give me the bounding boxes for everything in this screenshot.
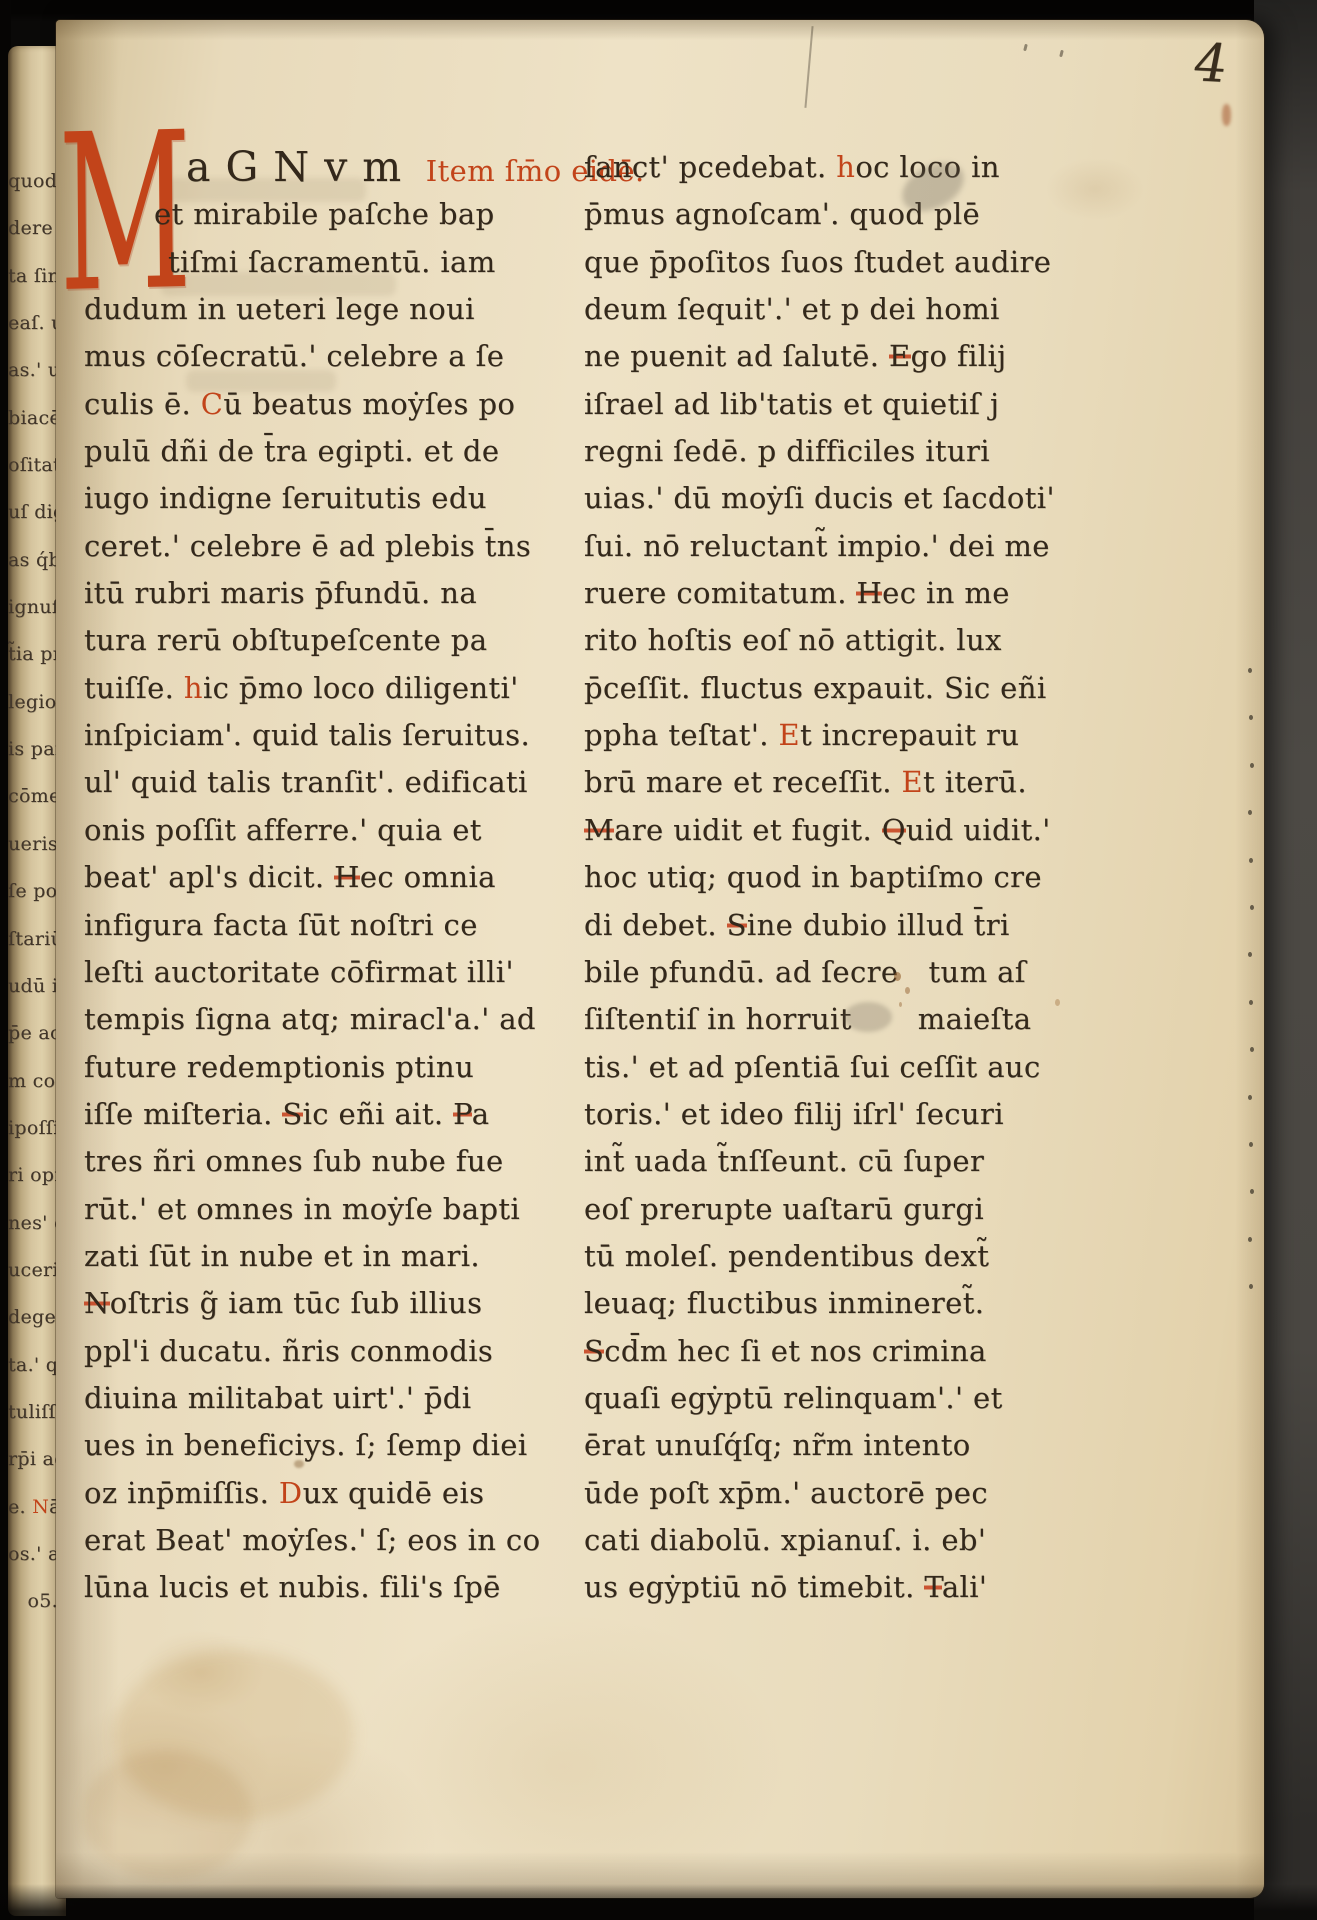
text-line: o5. bbox=[8, 1578, 58, 1625]
text-segment: ceret.' celebre ē ad plebis t̄ns bbox=[84, 529, 531, 563]
text-segment: go filij bbox=[911, 339, 1007, 373]
text-line: quaſi egẏptū relinquam'.' et bbox=[584, 1375, 1084, 1422]
text-line: ta.' quē ul bbox=[8, 1342, 58, 1389]
text-line: udū in n̄ bbox=[8, 963, 58, 1010]
text-segment: m contra bbox=[8, 1070, 58, 1092]
text-segment: S bbox=[282, 1097, 302, 1131]
text-segment: iſſe miſteria. bbox=[84, 1097, 282, 1131]
text-line: legio qui bbox=[8, 679, 58, 726]
text-segment: ri opmes bbox=[8, 1164, 58, 1186]
text-line: uſ dignita bbox=[8, 489, 58, 536]
right-text-column: ſanct' pcedebat. hoc loco inp̄mus agnoſc… bbox=[584, 144, 1084, 1612]
text-line: uceris p bbox=[8, 1247, 58, 1294]
text-line: cati diabolū. xpianuſ. i. eb' bbox=[584, 1517, 1084, 1564]
text-line: rito hoſtis eoſ nō attigit. lux bbox=[584, 617, 1084, 664]
text-segment: pulū dñi de t̄ra egipti. et de bbox=[84, 434, 499, 468]
text-segment: ſanct' pcedebat. bbox=[584, 150, 836, 184]
text-segment: T bbox=[924, 1570, 942, 1604]
text-segment: ues in beneficiys. ſ; ſemp diei bbox=[84, 1428, 527, 1462]
text-segment: cati diabolū. xpianuſ. i. eb' bbox=[584, 1523, 986, 1557]
text-line: oz inp̄miſſis. Dux quidē eis bbox=[84, 1470, 554, 1517]
left-text-column: aGNvm Item ſm̄o eidē.et mirabile paſche … bbox=[84, 144, 554, 1612]
text-segment: ignuſ dñs bbox=[8, 596, 58, 618]
text-segment: C bbox=[201, 387, 224, 421]
text-line: que p̄poſitos ſuos ſtudet audire bbox=[584, 239, 1084, 286]
text-line: hoc utiq; quod in baptiſmo cre bbox=[584, 854, 1084, 901]
text-line: leuaq; fluctibus inmineret̃. bbox=[584, 1280, 1084, 1327]
pricking-mark bbox=[1249, 1284, 1253, 1289]
text-line: p̄mus agnoſcam'. quod plē bbox=[584, 191, 1084, 238]
text-segment: uid uidit.' bbox=[906, 813, 1051, 847]
text-segment: M bbox=[584, 813, 614, 847]
text-line: is partim bbox=[8, 726, 58, 773]
text-segment: rp̄i ad ſo bbox=[8, 1448, 58, 1470]
text-segment: deum ſequit'.' et p dei homi bbox=[584, 292, 1000, 326]
text-line: rp̄i ad ſo bbox=[8, 1436, 58, 1483]
text-line: aGNvm Item ſm̄o eidē. bbox=[84, 144, 554, 191]
text-segment: p̄ceſſit. fluctus expauit. Sic eñi bbox=[584, 671, 1047, 705]
text-segment: uias.' dū moẏſi ducis et ſacdoti' bbox=[584, 481, 1055, 515]
text-line: eoſ prerupte uaſtarū gurgi bbox=[584, 1186, 1084, 1233]
text-segment: ūde poſt xp̄m.' auctorē pec bbox=[584, 1476, 988, 1510]
manuscript-page: M aGNvm Item ſm̄o eidē.et mirabile paſch… bbox=[56, 20, 1264, 1898]
text-segment: tum aſ bbox=[928, 955, 1025, 989]
text-segment: toris.' et ideo filij iſrl' ſecuri bbox=[584, 1097, 1004, 1131]
text-segment: h bbox=[184, 671, 203, 705]
text-segment: tis.' et ad pſentiā ſui ceſſit auc bbox=[584, 1050, 1041, 1084]
text-line: dudum in ueteri lege noui bbox=[84, 286, 554, 333]
text-segment: ruere comitatum. bbox=[584, 576, 856, 610]
pen-speck bbox=[1059, 50, 1064, 58]
text-line: mus cōſecratū.' celebre a ſe bbox=[84, 333, 554, 380]
text-segment: eoſ prerupte uaſtarū gurgi bbox=[584, 1192, 984, 1226]
text-line: culis ē. Cū beatus moẏſes po bbox=[84, 381, 554, 428]
text-segment: et mirabile paſche bap bbox=[154, 197, 495, 231]
text-line: m contra bbox=[8, 1058, 58, 1105]
text-segment: oſitatē tuī bbox=[8, 454, 58, 476]
text-segment: hoc utiq; quod in baptiſmo cre bbox=[584, 860, 1042, 894]
text-segment: tres ñri omnes ſub nube fue bbox=[84, 1144, 504, 1178]
text-segment: onis poſſit afferre.' quia et bbox=[84, 813, 482, 847]
text-line: quod imple bbox=[8, 158, 58, 205]
text-segment: ul' quid talis tranſit'. edificati bbox=[84, 765, 528, 799]
text-line: nes' cū m bbox=[8, 1200, 58, 1247]
text-segment: cd̄m hec ſi et nos crimina bbox=[604, 1334, 986, 1368]
text-line: diuina militabat uirt'.' p̄di bbox=[84, 1375, 554, 1422]
text-segment: zati ſūt in nube et in mari. bbox=[84, 1239, 480, 1273]
text-segment: ine dubio illud t̄ri bbox=[747, 908, 1010, 942]
text-segment: ic p̄mo loco diligenti' bbox=[203, 671, 519, 705]
ink-drip bbox=[1222, 104, 1231, 126]
text-segment: erat Beat' moẏſes.' ſ; eos in co bbox=[84, 1523, 540, 1557]
text-line: Noſtris g̃ iam tūc ſub illius bbox=[84, 1280, 554, 1327]
text-segment: ux quidē eis bbox=[303, 1476, 485, 1510]
text-line: iſſe miſteria. Sic eñi ait. Pa bbox=[84, 1091, 554, 1138]
text-segment: di debet. bbox=[584, 908, 727, 942]
text-segment: dudum in ueteri lege noui bbox=[84, 292, 475, 326]
pen-speck bbox=[1023, 44, 1028, 52]
text-segment: us egẏptiū nō timebit. bbox=[584, 1570, 924, 1604]
pricking-mark bbox=[1249, 858, 1253, 863]
text-segment: ueris glo bbox=[8, 833, 58, 855]
text-line: iſrael ad lib'tatis et quietiſ j bbox=[584, 381, 1084, 428]
text-segment: iſrael ad lib'tatis et quietiſ j bbox=[584, 387, 999, 421]
text-line: lūna lucis et nubis. fili's ſpē bbox=[84, 1564, 554, 1611]
text-line: toris.' et ideo filij iſrl' ſecuri bbox=[584, 1091, 1084, 1138]
text-line: ruere comitatum. Hec in me bbox=[584, 570, 1084, 617]
text-line: future redemptionis ptinu bbox=[84, 1044, 554, 1091]
text-segment: e. bbox=[8, 1496, 32, 1518]
text-segment: iugo indigne ſeruitutis edu bbox=[84, 481, 487, 515]
text-segment: dere nō cū bbox=[8, 217, 58, 239]
text-line: deum ſequit'.' et p dei homi bbox=[584, 286, 1084, 333]
text-line: di debet. Sine dubio illud t̄ri bbox=[584, 902, 1084, 949]
text-segment: que p̄poſitos ſuos ſtudet audire bbox=[584, 245, 1051, 279]
text-line: eaſ. ut tan bbox=[8, 300, 58, 347]
pricking-mark bbox=[1250, 905, 1254, 910]
text-segment: oſtris g̃ iam tūc ſub illius bbox=[110, 1286, 483, 1320]
text-segment: ne puenit ad ſalutē. bbox=[584, 339, 889, 373]
text-segment: a bbox=[472, 1097, 490, 1131]
text-line: ppha teſtat'. Et increpauit ru bbox=[584, 712, 1084, 759]
text-segment: leuaq; fluctibus inmineret̃. bbox=[584, 1286, 984, 1320]
text-segment: as.' ut uel bbox=[8, 359, 58, 381]
text-segment: tura rerū obſtupeſcente pa bbox=[84, 623, 487, 657]
text-segment: S bbox=[584, 1334, 604, 1368]
text-segment: lūna lucis et nubis. fili's ſpē bbox=[84, 1570, 501, 1604]
text-segment: ipoſſibi bbox=[8, 1117, 58, 1139]
text-line: ūde poſt xp̄m.' auctorē pec bbox=[584, 1470, 1084, 1517]
pricking-mark bbox=[1248, 952, 1252, 957]
text-segment: infigura facta ſūt noſtri ce bbox=[84, 908, 478, 942]
text-segment: tū moleſ. pendentibus dext̃ bbox=[584, 1239, 989, 1273]
text-line: inſpiciam'. quid talis ſeruitus. bbox=[84, 712, 554, 759]
text-segment: H bbox=[334, 860, 360, 894]
text-segment: as q́b; homo bbox=[8, 549, 58, 571]
text-segment: Q bbox=[882, 813, 906, 847]
text-segment: legio qui bbox=[8, 691, 58, 713]
text-segment: ali' bbox=[942, 1570, 987, 1604]
backdrop-bottom bbox=[0, 1884, 1317, 1920]
text-segment: regni ſedē. p difficiles ituri bbox=[584, 434, 990, 468]
text-segment: aGNvm bbox=[186, 143, 416, 191]
text-segment: quod imple bbox=[8, 170, 58, 192]
text-segment: ſui. nō reluctant̃ impio.' dei me bbox=[584, 529, 1050, 563]
text-segment: culis ē. bbox=[84, 387, 201, 421]
text-segment: ta ſint pſ̄ bbox=[8, 265, 58, 287]
text-line: biacē uicī bbox=[8, 395, 58, 442]
manuscript-photo: quod impledere nō cūta ſint pſ̄eaſ. ut t… bbox=[0, 0, 1317, 1920]
parchment-stain bbox=[114, 1650, 354, 1820]
text-line: os.' ad cē bbox=[8, 1531, 58, 1578]
text-line: tiſmi ſacramentū. iam bbox=[84, 239, 554, 286]
text-line: Scd̄m hec ſi et nos crimina bbox=[584, 1328, 1084, 1375]
text-segment: int̃ uada t̃nſſeunt. cū ſuper bbox=[584, 1144, 984, 1178]
text-line: ul' quid talis tranſit'. edificati bbox=[84, 759, 554, 806]
text-line: rūt.' et omnes in moẏſe bapti bbox=[84, 1186, 554, 1233]
text-segment: ic eñi ait. bbox=[303, 1097, 454, 1131]
text-line: degenes bbox=[8, 1294, 58, 1341]
text-segment: uceris p bbox=[8, 1259, 58, 1281]
text-line: brū mare et receſſit. Et iterū. bbox=[584, 759, 1084, 806]
text-line: tres ñri omnes ſub nube fue bbox=[84, 1138, 554, 1185]
text-segment: ppl'i ducatu. ñris conmodis bbox=[84, 1334, 493, 1368]
text-segment: t̃ia prim̄ bbox=[8, 643, 58, 665]
text-line: ſui. nō reluctant̃ impio.' dei me bbox=[584, 523, 1084, 570]
text-segment: bile pfundū. ad ſecre bbox=[584, 955, 898, 989]
text-line: ērat unuſq́ſq; nr̃m intento bbox=[584, 1422, 1084, 1469]
text-line: t̃ia prim̄ bbox=[8, 631, 58, 678]
parchment-stain bbox=[82, 1750, 252, 1880]
text-segment: o5. bbox=[28, 1590, 58, 1612]
text-segment: inſpiciam'. quid talis ſeruitus. bbox=[84, 718, 530, 752]
text-segment: ērat unuſq́ſq; nr̃m intento bbox=[584, 1428, 971, 1462]
text-segment: os.' ad cē bbox=[8, 1543, 58, 1565]
text-segment: udū in n̄ bbox=[8, 975, 58, 997]
text-segment: E bbox=[901, 765, 923, 799]
text-line: zati ſūt in nube et in mari. bbox=[84, 1233, 554, 1280]
text-line: iugo indigne ſeruitutis edu bbox=[84, 475, 554, 522]
pricking-mark bbox=[1249, 715, 1253, 720]
text-segment: D bbox=[279, 1476, 303, 1510]
text-segment: p̄e ac ſp̄u bbox=[8, 1022, 58, 1044]
facing-page-text-fragments: quod impledere nō cūta ſint pſ̄eaſ. ut t… bbox=[8, 158, 58, 1626]
text-segment: N bbox=[84, 1286, 110, 1320]
backdrop-top bbox=[0, 0, 1317, 22]
text-segment: S bbox=[727, 908, 747, 942]
text-line: as.' ut uel bbox=[8, 347, 58, 394]
text-line: erat Beat' moẏſes.' ſ; eos in co bbox=[84, 1517, 554, 1564]
text-line: uias.' dū moẏſi ducis et ſacdoti' bbox=[584, 475, 1084, 522]
text-line: ta ſint pſ̄ bbox=[8, 253, 58, 300]
text-segment: oc loco in bbox=[855, 150, 1000, 184]
text-segment: ta.' quē ul bbox=[8, 1354, 58, 1376]
text-line: us egẏptiū nō timebit. Tali' bbox=[584, 1564, 1084, 1611]
text-segment: E bbox=[889, 339, 911, 373]
text-line: Mare uidit et fugit. Quid uidit.' bbox=[584, 807, 1084, 854]
text-line: cōmereẏ e bbox=[8, 773, 58, 820]
text-line: ues in beneficiys. ſ; ſemp diei bbox=[84, 1422, 554, 1469]
text-segment: leſti auctoritate cōfirmat illi' bbox=[84, 955, 514, 989]
text-segment: tiſmi ſacramentū. iam bbox=[168, 245, 496, 279]
text-segment: ſiſtentiſ in horruit bbox=[584, 1002, 852, 1036]
pricking-mark bbox=[1250, 1189, 1254, 1194]
text-line: ſe poſſis q̄ bbox=[8, 868, 58, 915]
text-segment: P bbox=[453, 1097, 472, 1131]
text-line: p̄ceſſit. fluctus expauit. Sic eñi bbox=[584, 665, 1084, 712]
text-segment: ū beatus moẏſes po bbox=[223, 387, 515, 421]
text-line: int̃ uada t̃nſſeunt. cū ſuper bbox=[584, 1138, 1084, 1185]
text-segment: tempis ſigna atq; miracl'a.' ad bbox=[84, 1002, 536, 1036]
text-line: infigura facta ſūt noſtri ce bbox=[84, 902, 554, 949]
text-line: oſitatē tuī bbox=[8, 442, 58, 489]
text-line: ne puenit ad ſalutē. Ego filij bbox=[584, 333, 1084, 380]
text-segment: maieſta bbox=[918, 1002, 1032, 1036]
pricking-mark bbox=[1249, 1142, 1253, 1147]
text-segment: biacē uicī bbox=[8, 407, 58, 429]
text-segment: h bbox=[836, 150, 855, 184]
text-line: ignuſ dñs bbox=[8, 584, 58, 631]
text-segment: E bbox=[778, 718, 800, 752]
pricking-mark bbox=[1248, 1095, 1252, 1100]
text-line: p̄e ac ſp̄u bbox=[8, 1010, 58, 1057]
text-line: regni ſedē. p difficiles ituri bbox=[584, 428, 1084, 475]
text-segment: ſe poſſis q̄ bbox=[8, 880, 58, 902]
text-segment: t increpauit ru bbox=[800, 718, 1019, 752]
text-segment: are uidit et fugit. bbox=[614, 813, 882, 847]
text-line: onis poſſit afferre.' quia et bbox=[84, 807, 554, 854]
text-segment: ec in me bbox=[882, 576, 1010, 610]
text-segment: tuliſſe d bbox=[8, 1401, 58, 1423]
text-line: ppl'i ducatu. ñris conmodis bbox=[84, 1328, 554, 1375]
text-line: bile pfundū. ad ſecretum aſ bbox=[584, 949, 1084, 996]
text-line: tura rerū obſtupeſcente pa bbox=[84, 617, 554, 664]
text-segment: nes' cū m bbox=[8, 1212, 58, 1234]
text-segment: cōmereẏ e bbox=[8, 785, 58, 807]
text-segment: ſtariū tuī bbox=[8, 928, 58, 950]
text-line: dere nō cū bbox=[8, 205, 58, 252]
text-segment: diuina militabat uirt'.' p̄di bbox=[84, 1381, 471, 1415]
folio-number: 4 bbox=[1188, 33, 1232, 95]
text-segment: uſ dignita bbox=[8, 501, 58, 523]
text-segment: N bbox=[32, 1496, 49, 1518]
text-segment: H bbox=[856, 576, 882, 610]
pricking-mark bbox=[1250, 763, 1254, 768]
text-line: ueris glo bbox=[8, 821, 58, 868]
pricking-mark bbox=[1249, 1000, 1253, 1005]
text-segment: ppha teſtat'. bbox=[584, 718, 778, 752]
text-line: itū rubri maris p̄fundū. na bbox=[84, 570, 554, 617]
text-line: ipoſſibi bbox=[8, 1105, 58, 1152]
text-line: tis.' et ad pſentiā ſui ceſſit auc bbox=[584, 1044, 1084, 1091]
text-line: e. Nā q́ ſer bbox=[8, 1484, 58, 1531]
text-segment: rito hoſtis eoſ nō attigit. lux bbox=[584, 623, 1002, 657]
text-line: beat' apl's dicit. Hec omnia bbox=[84, 854, 554, 901]
text-segment: t iterū. bbox=[923, 765, 1027, 799]
text-line: ſanct' pcedebat. hoc loco in bbox=[584, 144, 1084, 191]
text-segment: rūt.' et omnes in moẏſe bapti bbox=[84, 1192, 520, 1226]
text-line: tempis ſigna atq; miracl'a.' ad bbox=[84, 996, 554, 1043]
text-line: ſiſtentiſ in horruitmaieſta bbox=[584, 996, 1084, 1043]
text-line: leſti auctoritate cōfirmat illi' bbox=[84, 949, 554, 996]
text-line: ri opmes bbox=[8, 1152, 58, 1199]
text-segment: brū mare et receſſit. bbox=[584, 765, 901, 799]
text-line: tū moleſ. pendentibus dext̃ bbox=[584, 1233, 1084, 1280]
pricking-mark bbox=[1250, 1047, 1254, 1052]
text-line: et mirabile paſche bap bbox=[84, 191, 554, 238]
pricking-mark bbox=[1248, 1237, 1252, 1242]
text-segment: future redemptionis ptinu bbox=[84, 1050, 474, 1084]
text-segment: quaſi egẏptū relinquam'.' et bbox=[584, 1381, 1003, 1415]
text-segment: degenes bbox=[8, 1306, 58, 1328]
text-segment: is partim bbox=[8, 738, 58, 760]
text-segment: oz inp̄miſſis. bbox=[84, 1476, 279, 1510]
pricking-mark bbox=[1248, 810, 1252, 815]
text-segment: tuiſſe. bbox=[84, 671, 184, 705]
text-segment: eaſ. ut tan bbox=[8, 312, 58, 334]
text-segment: ec omnia bbox=[360, 860, 496, 894]
text-line: ſtariū tuī bbox=[8, 916, 58, 963]
text-segment: beat' apl's dicit. bbox=[84, 860, 334, 894]
text-line: tuiſſe. hic p̄mo loco diligenti' bbox=[84, 665, 554, 712]
scratch-mark bbox=[804, 26, 813, 108]
text-segment: itū rubri maris p̄fundū. na bbox=[84, 576, 477, 610]
text-segment: p̄mus agnoſcam'. quod plē bbox=[584, 197, 980, 231]
text-line: as q́b; homo bbox=[8, 537, 58, 584]
text-segment: mus cōſecratū.' celebre a ſe bbox=[84, 339, 504, 373]
pricking-mark bbox=[1248, 668, 1252, 673]
text-line: pulū dñi de t̄ra egipti. et de bbox=[84, 428, 554, 475]
text-line: ceret.' celebre ē ad plebis t̄ns bbox=[84, 523, 554, 570]
text-line: tuliſſe d bbox=[8, 1389, 58, 1436]
